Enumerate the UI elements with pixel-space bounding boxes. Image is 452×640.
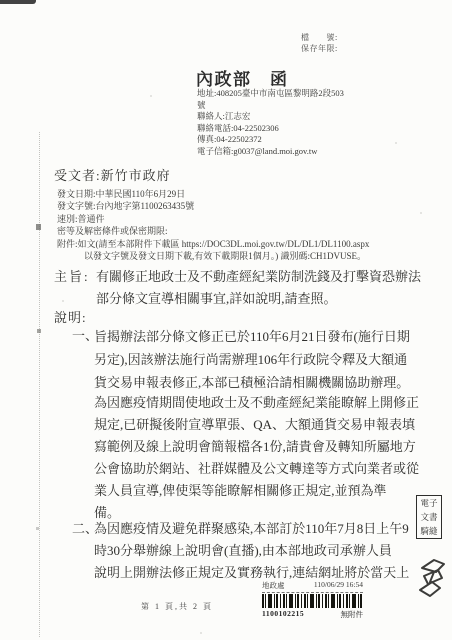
sender-address-line: 地址:408205臺中市南屯區黎明路2段503 [197,88,344,100]
classification-line: 密等及解密條件或保密期限: [57,225,369,237]
file-no-label: 檔 號: [301,33,338,44]
contact-phone-line: 聯絡電話:04-22502306 [197,123,344,135]
attachment-line2: 以發文字號及發文日期下載,有效下載期限1個月。) 識別碼:CH1DVUSE。 [57,250,369,262]
sender-address-line2: 號 [197,100,344,112]
page-number: 第 1 頁,共 2 頁 [141,601,213,612]
stamp-attachment-note: 無附件 [341,609,364,620]
contact-person-line: 聯絡人:江志宏 [197,111,344,123]
subject-text: 有關修正地政士及不動產經紀業防制洗錢及打擊資恐辦法 部分條文宣導相關事宜,詳如說… [96,266,421,309]
subject-label: 主旨: [54,266,90,285]
priority-line: 速別:普通件 [57,213,369,225]
retention-label: 保存年限: [301,44,338,55]
signature-seal-icon [414,556,450,600]
registration-stamp-block: 地政處 110/06/29 16:54 1100102215 無附件 [262,580,363,620]
scanned-official-letter: 檔 號: 保存年限: 內政部 函 地址:408205臺中市南屯區黎明路2段503… [0,0,452,640]
barcode [262,594,363,608]
fax-line: 傳真:04-22502372 [197,134,344,146]
stamp-datetime: 110/06/29 16:54 [314,580,363,591]
explanation-label: 說明: [54,307,87,326]
item-marker: 一、 [72,325,94,344]
recipient-line: 受文者:新竹市政府 [54,165,171,184]
document-meta-block: 發文日期:中華民國110年6月29日 發文字號:台內地字第1100263435號… [57,188,369,262]
file-reference-block: 檔 號: 保存年限: [301,33,338,54]
stamp-dept: 地政處 [262,580,285,591]
doc-number-line: 發文字號:台內地字第1100263435號 [57,200,369,212]
item-marker: 二、 [72,518,94,537]
sender-contact-block: 地址:408205臺中市南屯區黎明路2段503 號 聯絡人:江志宏 聯絡電話:0… [197,88,344,158]
document-title: 內政部 函 [196,65,289,90]
stamp-doc-no: 1100102215 [262,609,304,620]
issue-date-line: 發文日期:中華民國110年6月29日 [57,188,369,200]
email-line: 電子信箱:g0037@land.moi.gov.tw [197,146,344,158]
attachment-line: 附件:如文(請至本部附件下載區 https://DOC3DL.moi.gov.t… [57,238,369,250]
electronic-document-seam-seal: 電子 文書 騎縫 [416,495,442,539]
